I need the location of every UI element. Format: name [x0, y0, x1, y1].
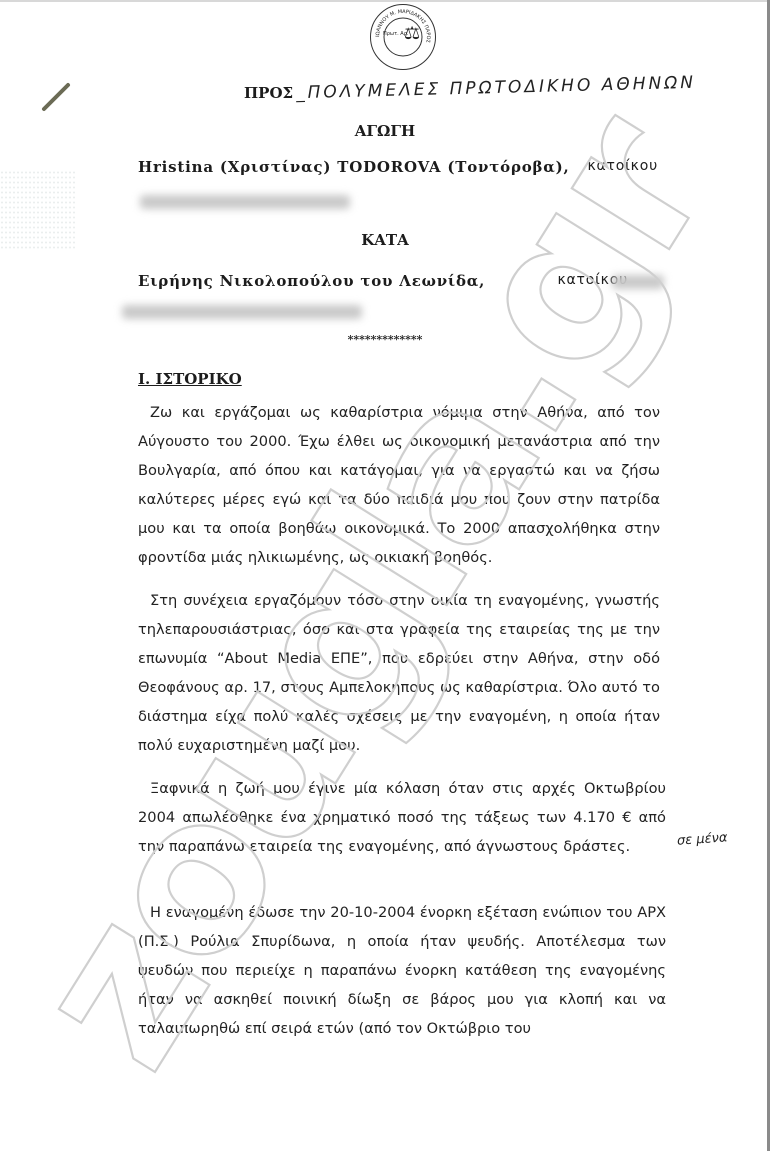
paragraph-1: Ζω και εργάζομαι ως καθαρίστρια νόμιμα σ…: [138, 398, 660, 572]
defendant-name: Ειρήνης Νικολοπούλου του Λεωνίδα,: [138, 272, 485, 290]
plaintiff-address-redacted: [140, 195, 350, 209]
handwritten-court-name: _ΠΟΛΥΜΕΛΕΣ ΠΡΩΤΟΔΙΚΗΟ ΑΘΗΝΩΝ: [296, 73, 696, 103]
plaintiff-line: Hristina (Χριστίνας) TODOROVA (Τοντόροβα…: [138, 158, 658, 176]
stamp-ring-text: ΙΩΑΝΝΟΥ Μ. ΜΑΡΙΔΑΚΗΣ ΠΑΡΟΣ: [371, 5, 435, 69]
pen-mark: [41, 82, 71, 112]
scanned-document-page: ΙΩΑΝΝΟΥ Μ. ΜΑΡΙΔΑΚΗΣ ΠΑΡΟΣ Πρωτ. Αρ. ⚖ Π…: [0, 0, 770, 1151]
handwritten-margin-note: σε μένα: [677, 830, 728, 848]
addressee-label: ΠΡΟΣ: [244, 84, 293, 102]
document-title: ΑΓΩΓΗ: [0, 122, 770, 140]
versus-heading: ΚΑΤΑ: [0, 231, 770, 249]
lawyer-stamp: ΙΩΑΝΝΟΥ Μ. ΜΑΡΙΔΑΚΗΣ ΠΑΡΟΣ Πρωτ. Αρ. ⚖: [370, 4, 436, 70]
paragraph-3: Ξαφνικά η ζωή μου έγινε μία κόλαση όταν …: [138, 774, 666, 861]
defendant-address-redacted-1: [612, 275, 664, 289]
paragraph-4: Η εναγομένη έδωσε την 20-10-2004 ένορκη …: [138, 898, 666, 1043]
stamp-emblem-icon: ⚖: [404, 23, 420, 44]
separator: *************: [0, 333, 770, 346]
svg-text:ΙΩΑΝΝΟΥ Μ. ΜΑΡΙΔΑΚΗΣ ΠΑΡΟΣ: ΙΩΑΝΝΟΥ Μ. ΜΑΡΙΔΑΚΗΣ ΠΑΡΟΣ: [375, 9, 431, 43]
paragraph-2: Στη συνέχεια εργαζόμουν τόσο στην οικία …: [138, 586, 660, 760]
defendant-address-redacted-2: [122, 305, 362, 319]
section-title: Ι. ΙΣΤΟΡΙΚΟ: [138, 370, 242, 388]
defendant-line: Ειρήνης Νικολοπούλου του Λεωνίδα, κατοίκ…: [138, 272, 628, 290]
plaintiff-residence-label: κατοίκου: [587, 158, 658, 174]
plaintiff-name: Hristina (Χριστίνας) TODOROVA (Τοντόροβα…: [138, 158, 570, 176]
scan-top-edge: [0, 0, 770, 2]
